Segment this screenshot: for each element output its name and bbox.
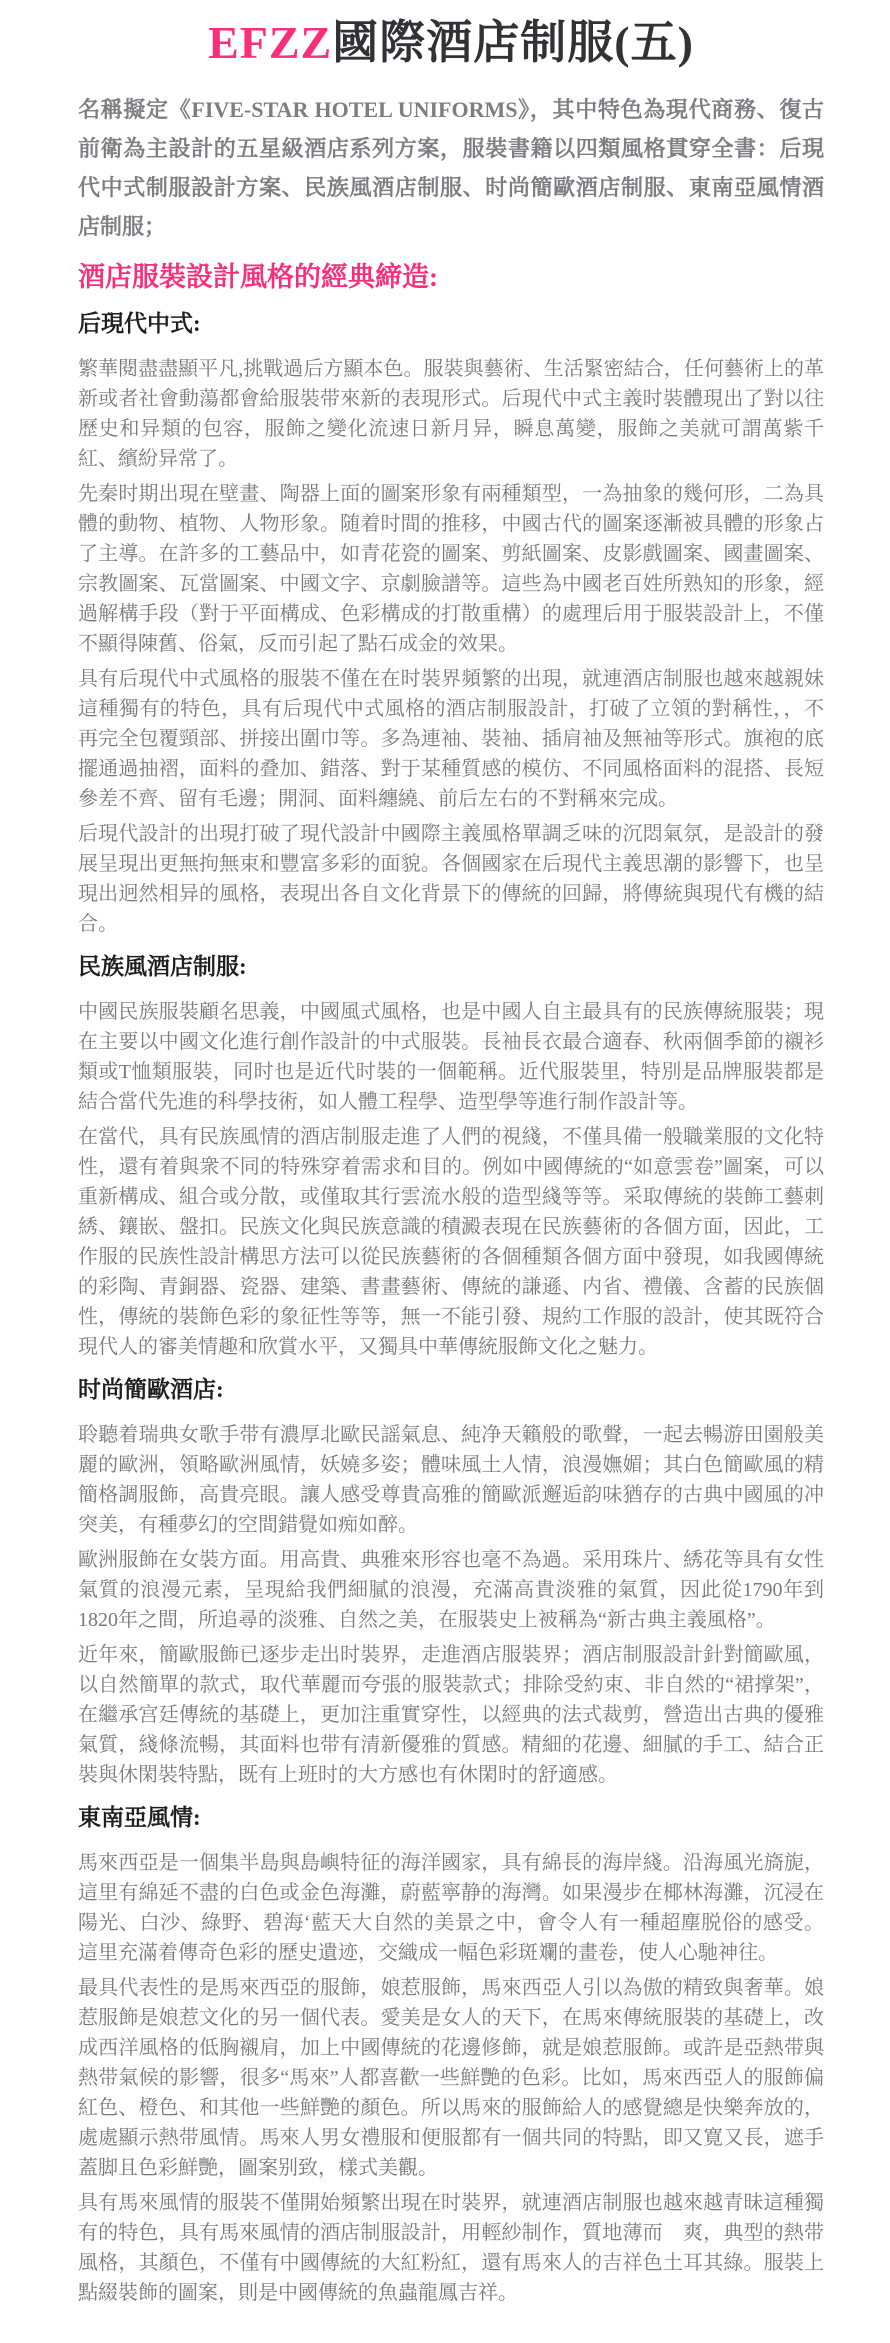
section-southeast-asia: 東南亞風情: 馬來西亞是一個集半島與島嶼特征的海洋國家，具有綿長的海岸綫。沿海風… [78, 1802, 824, 2308]
body-paragraph: 聆聽着瑞典女歌手带有濃厚北歐民謡氣息、純净天籟般的歌聲，一起去暢游田園般美麗的歐… [78, 1420, 824, 1540]
body-paragraph: 在當代，具有民族風情的酒店制服走進了人們的視綫，不僅具備一般職業服的文化特性，還… [78, 1122, 824, 1362]
body-paragraph: 具有后現代中式風格的服裝不僅在在时裝界頻繁的出現，就連酒店制服也越來越親妹這種獨… [78, 664, 824, 814]
body-paragraph: 具有馬來風情的服裝不僅開始頻繁出現在时裝界，就連酒店制服也越來越青昧這種獨有的特… [78, 2188, 824, 2308]
section-heading: 民族風酒店制服: [78, 951, 824, 983]
body-paragraph: 歐洲服飾在女裝方面。用高貴、典雅來形容也毫不為過。采用珠片、綉花等具有女性氣質的… [78, 1545, 824, 1635]
body-paragraph: 近年來，簡歐服飾已逐步走出时裝界，走進酒店服裝界；酒店制服設計針對簡歐風，以自然… [78, 1640, 824, 1790]
highlight-heading: 酒店服裝設計風格的經典締造: [78, 258, 824, 296]
section-heading: 東南亞風情: [78, 1802, 824, 1834]
body-paragraph: 后現代設計的出現打破了現代設計中國際主義風格單調乏味的沉悶氣氛，是設計的發展呈現… [78, 819, 824, 939]
brand-name-accent: EFZZ [208, 17, 332, 68]
intro-paragraph: 名稱擬定《FIVE-STAR HOTEL UNIFORMS》，其中特色為現代商務… [78, 90, 824, 246]
body-paragraph: 中國民族服裝顧名思義，中國風式風格，也是中國人自主最具有的民族傳統服裝；現在主要… [78, 997, 824, 1117]
page-title-text: 國際酒店制服(五) [332, 17, 694, 68]
body-paragraph: 馬來西亞是一個集半島與島嶼特征的海洋國家，具有綿長的海岸綫。沿海風光旖旎，這里有… [78, 1848, 824, 1968]
body-paragraph: 繁華閱盡盡顯平凡,挑戰過后方顯本色。服裝與藝術、生活緊密結合，任何藝術上的革新或… [78, 354, 824, 474]
page-title: EFZZ國際酒店制服(五) [78, 16, 824, 70]
body-paragraph: 先秦时期出現在壁畫、陶器上面的圖案形象有兩種類型，一為抽象的幾何形，二為具體的動… [78, 479, 824, 659]
section-simple-european: 时尚簡歐酒店: 聆聽着瑞典女歌手带有濃厚北歐民謡氣息、純净天籟般的歌聲，一起去暢… [78, 1374, 824, 1790]
document-page: EFZZ國際酒店制服(五) 名稱擬定《FIVE-STAR HOTEL UNIFO… [0, 0, 890, 2343]
section-ethnic-style: 民族風酒店制服: 中國民族服裝顧名思義，中國風式風格，也是中國人自主最具有的民族… [78, 951, 824, 1362]
section-heading: 后現代中式: [78, 308, 824, 340]
section-heading: 时尚簡歐酒店: [78, 1374, 824, 1406]
section-postmodern-chinese: 后現代中式: 繁華閱盡盡顯平凡,挑戰過后方顯本色。服裝與藝術、生活緊密結合，任何… [78, 308, 824, 939]
body-paragraph: 最具代表性的是馬來西亞的服飾，娘惹服飾，馬來西亞人引以為傲的精致與奢華。娘惹服飾… [78, 1973, 824, 2183]
